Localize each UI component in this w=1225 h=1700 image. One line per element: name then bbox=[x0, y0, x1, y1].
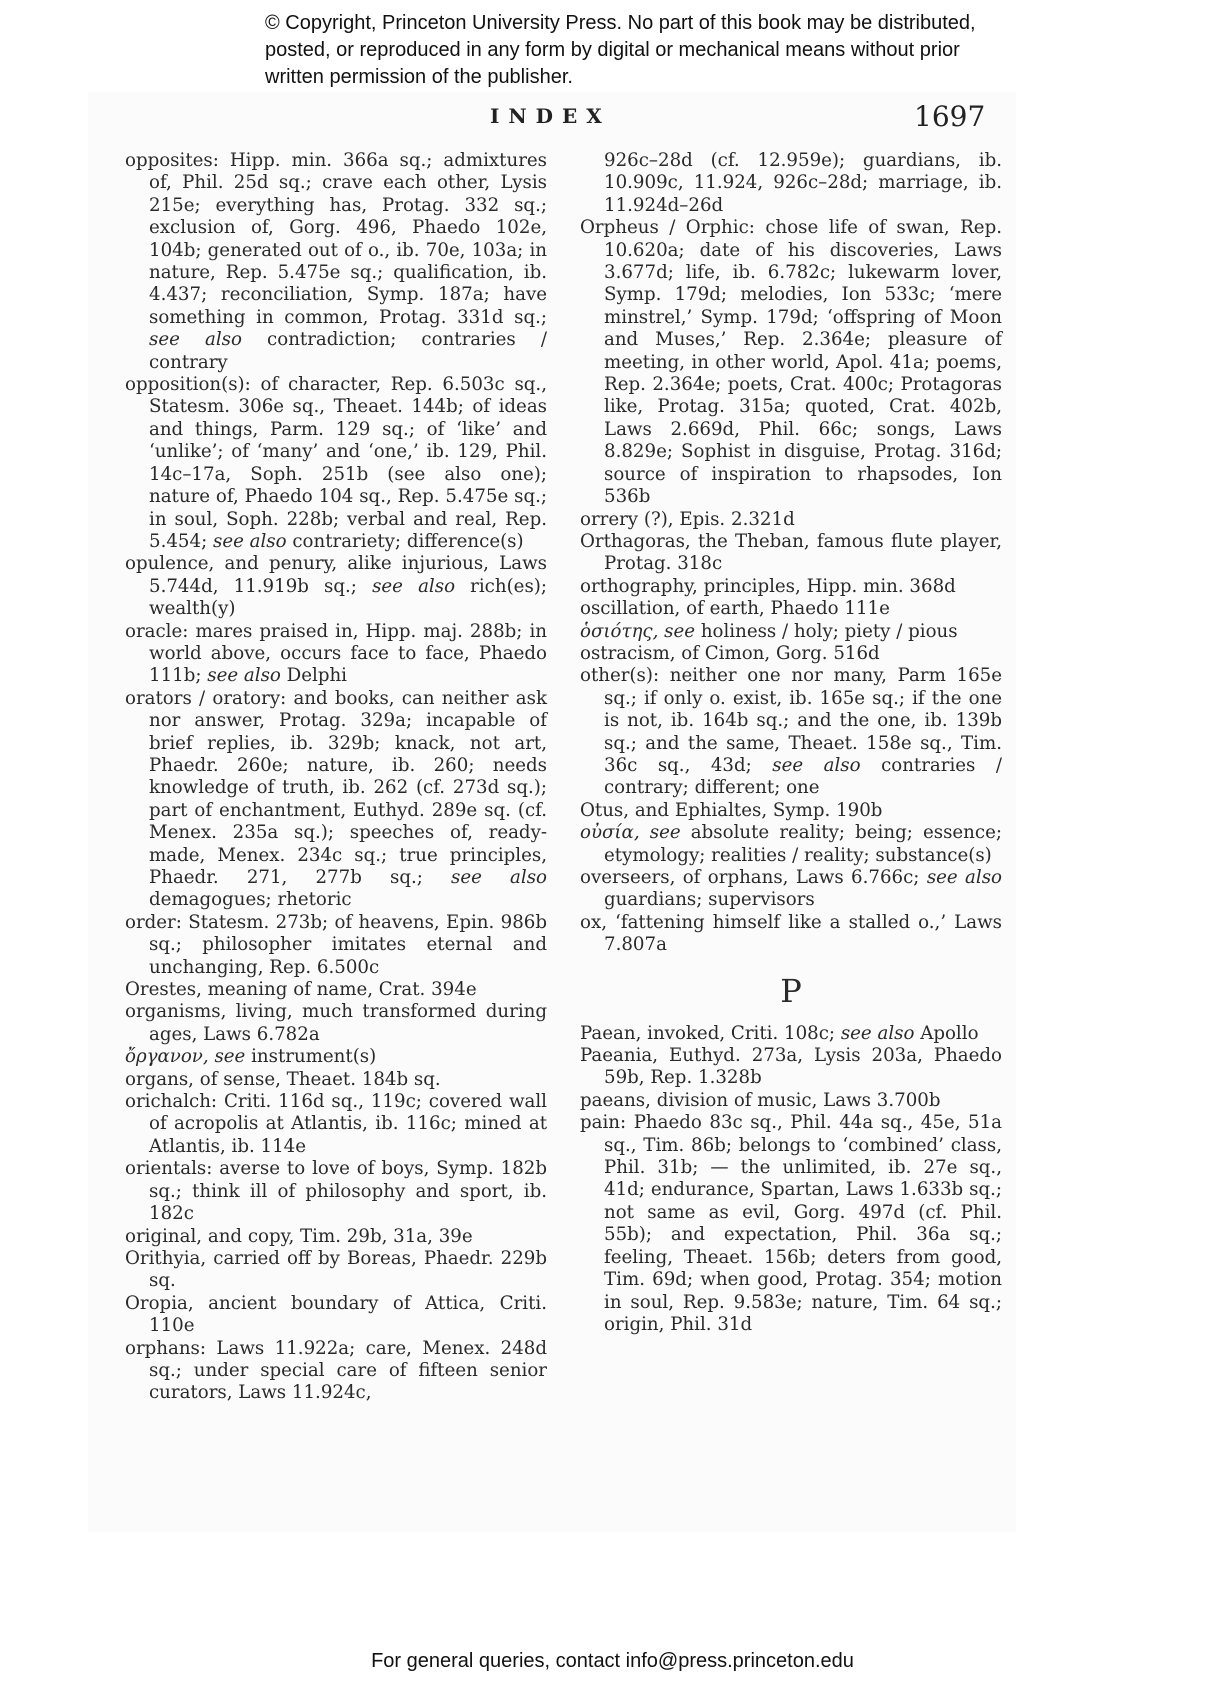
index-entry: order: Statesm. 273b; of heavens, Epin. … bbox=[125, 912, 547, 979]
see-also-label: see also bbox=[772, 755, 860, 776]
cross-reference: holiness / holy; piety / pious bbox=[695, 621, 958, 642]
entry-references: and copy, Tim. 29b, 31a, 39e bbox=[202, 1226, 473, 1247]
entry-headword: pain: bbox=[580, 1112, 626, 1133]
see-also-label: see also bbox=[149, 329, 242, 350]
entry-references: ancient boundary of Attica, Criti. 110e bbox=[149, 1293, 547, 1336]
entry-references: (?), Epis. 2.321d bbox=[638, 509, 795, 530]
index-entry: οὐσία, see absolute reality; being; esse… bbox=[580, 822, 1002, 867]
index-entry: other(s): neither one nor many, Parm 165… bbox=[580, 665, 1002, 799]
entry-references: of character, Rep. 6.503c sq., Statesm. … bbox=[149, 374, 547, 552]
entry-headword: Orthagoras, bbox=[580, 531, 691, 552]
cross-reference: guardians; supervisors bbox=[604, 889, 815, 910]
entry-references: of sense, Theaet. 184b sq. bbox=[194, 1069, 441, 1090]
entry-references: and books, can neither ask nor answer, P… bbox=[149, 688, 547, 888]
entry-headword: Orestes, bbox=[125, 979, 202, 1000]
index-column-left: opposites: Hipp. min. 366a sq.; admixtur… bbox=[125, 150, 547, 1405]
index-entry: ὁσιότης, see holiness / holy; piety / pi… bbox=[580, 621, 1002, 643]
index-entry: ostracism, of Cimon, Gorg. 516d bbox=[580, 643, 1002, 665]
entry-headword: ὁσιότης, bbox=[580, 621, 658, 642]
index-entry: orthography, principles, Hipp. min. 368d bbox=[580, 576, 1002, 598]
entry-headword: opulence, bbox=[125, 553, 214, 574]
entry-headword: Orithyia, bbox=[125, 1248, 206, 1269]
entry-references: and Ephialtes, Symp. 190b bbox=[629, 800, 882, 821]
running-head: INDEX 1697 bbox=[0, 98, 1225, 134]
section-letter: P bbox=[580, 971, 1002, 1011]
index-entry: opulence, and penury, alike injurious, L… bbox=[125, 553, 547, 620]
entry-references: Hipp. min. 366a sq.; admixtures of, Phil… bbox=[149, 150, 547, 328]
entry-headword: original, bbox=[125, 1226, 202, 1247]
page-number: 1697 bbox=[914, 100, 985, 133]
entry-headword: Oropia, bbox=[125, 1293, 194, 1314]
entry-headword: Paeania, bbox=[580, 1045, 658, 1066]
entry-references: of earth, Phaedo 111e bbox=[680, 598, 890, 619]
entry-headword: ὄργανον, bbox=[125, 1046, 209, 1067]
entry-references: of orphans, Laws 6.766c; bbox=[675, 867, 926, 888]
index-entry: pain: Phaedo 83c sq., Phil. 44a sq., 45e… bbox=[580, 1112, 1002, 1336]
entry-references: meaning of name, Crat. 394e bbox=[202, 979, 477, 1000]
index-entry: organisms, living, much transformed duri… bbox=[125, 1001, 547, 1046]
entry-headword: oscillation, bbox=[580, 598, 680, 619]
index-entry: Paean, invoked, Criti. 108c; see also Ap… bbox=[580, 1023, 1002, 1045]
copyright-notice: © Copyright, Princeton University Press.… bbox=[265, 10, 1005, 91]
see-also-label: see also bbox=[213, 531, 287, 552]
see-also-label: see also bbox=[841, 1023, 915, 1044]
entry-headword: Orpheus / Orphic: bbox=[580, 217, 755, 238]
index-entry: orientals: averse to love of boys, Symp.… bbox=[125, 1158, 547, 1225]
entry-headword: opposites: bbox=[125, 150, 219, 171]
entry-headword: orthography, bbox=[580, 576, 698, 597]
continued-entry: 926c–28d (cf. 12.959e); guardians, ib. 1… bbox=[580, 150, 1002, 217]
index-entry: opposition(s): of character, Rep. 6.503c… bbox=[125, 374, 547, 553]
cross-reference: instrument(s) bbox=[245, 1046, 376, 1067]
see-also-label: see also bbox=[451, 867, 547, 888]
entry-headword: other(s): bbox=[580, 665, 659, 686]
entry-references: Laws 11.922a; care, Menex. 248d sq.; und… bbox=[149, 1338, 547, 1404]
entry-headword: orichalch: bbox=[125, 1091, 217, 1112]
see-also-label: see also bbox=[927, 867, 1002, 888]
cross-reference: Delphi bbox=[281, 665, 347, 686]
entry-references: of Cimon, Gorg. 516d bbox=[676, 643, 880, 664]
entry-references: division of music, Laws 3.700b bbox=[651, 1090, 941, 1111]
index-entry: Paeania, Euthyd. 273a, Lysis 203a, Phaed… bbox=[580, 1045, 1002, 1090]
entry-headword: overseers, bbox=[580, 867, 675, 888]
index-entry: orichalch: Criti. 116d sq., 119c; covere… bbox=[125, 1091, 547, 1158]
entry-headword: οὐσία, bbox=[580, 822, 640, 843]
index-entry: paeans, division of music, Laws 3.700b bbox=[580, 1090, 1002, 1112]
entry-references: carried off by Boreas, Phaedr. 229b sq. bbox=[149, 1248, 547, 1291]
entry-headword: ox, bbox=[580, 912, 607, 933]
index-entry: Orithyia, carried off by Boreas, Phaedr.… bbox=[125, 1248, 547, 1293]
index-column-right: 926c–28d (cf. 12.959e); guardians, ib. 1… bbox=[580, 150, 1002, 1336]
entry-headword: ostracism, bbox=[580, 643, 676, 664]
index-entry: oscillation, of earth, Phaedo 111e bbox=[580, 598, 1002, 620]
entry-references: Statesm. 273b; of heavens, Epin. 986b sq… bbox=[149, 912, 547, 978]
entry-headword: orientals: bbox=[125, 1158, 212, 1179]
entry-headword: Otus, bbox=[580, 800, 629, 821]
index-entry: Orpheus / Orphic: chose life of swan, Re… bbox=[580, 217, 1002, 508]
cross-reference: contrariety; difference(s) bbox=[287, 531, 524, 552]
entry-references: invoked, Criti. 108c; bbox=[641, 1023, 840, 1044]
index-entry: Orthagoras, the Theban, famous flute pla… bbox=[580, 531, 1002, 576]
index-entry: orators / oratory: and books, can neithe… bbox=[125, 688, 547, 912]
index-entry: orphans: Laws 11.922a; care, Menex. 248d… bbox=[125, 1338, 547, 1405]
see-also-label: see bbox=[650, 822, 681, 843]
entry-references: Euthyd. 273a, Lysis 203a, Phaedo 59b, Re… bbox=[604, 1045, 1002, 1088]
entry-headword: Paean, bbox=[580, 1023, 641, 1044]
entry-headword: opposition(s): bbox=[125, 374, 251, 395]
index-entry: Otus, and Ephialtes, Symp. 190b bbox=[580, 800, 1002, 822]
index-entry: opposites: Hipp. min. 366a sq.; admixtur… bbox=[125, 150, 547, 374]
entry-headword: orators / oratory: bbox=[125, 688, 286, 709]
index-entry: oracle: mares praised in, Hipp. maj. 288… bbox=[125, 621, 547, 688]
index-entry: original, and copy, Tim. 29b, 31a, 39e bbox=[125, 1226, 547, 1248]
index-entry: orrery (?), Epis. 2.321d bbox=[580, 509, 1002, 531]
running-head-title: INDEX bbox=[490, 104, 611, 128]
entry-references: ‘fattening himself like a stalled o.,’ L… bbox=[604, 912, 1002, 955]
index-entry: Oropia, ancient boundary of Attica, Crit… bbox=[125, 1293, 547, 1338]
entry-references: principles, Hipp. min. 368d bbox=[698, 576, 956, 597]
entry-references bbox=[640, 822, 650, 843]
entry-headword: paeans, bbox=[580, 1090, 651, 1111]
entry-references: Phaedo 83c sq., Phil. 44a sq., 45e, 51a … bbox=[604, 1112, 1002, 1335]
contact-footer: For general queries, contact info@press.… bbox=[0, 1650, 1225, 1673]
index-entry: ox, ‘fattening himself like a stalled o.… bbox=[580, 912, 1002, 957]
see-also-label: see also bbox=[207, 665, 281, 686]
index-entry: Orestes, meaning of name, Crat. 394e bbox=[125, 979, 547, 1001]
see-also-label: see bbox=[664, 621, 695, 642]
entry-headword: order: bbox=[125, 912, 182, 933]
see-also-label: see also bbox=[372, 576, 455, 597]
entry-headword: orphans: bbox=[125, 1338, 206, 1359]
entry-headword: oracle: bbox=[125, 621, 188, 642]
entry-headword: orrery bbox=[580, 509, 638, 530]
index-entry: overseers, of orphans, Laws 6.766c; see … bbox=[580, 867, 1002, 912]
cross-reference: Apollo bbox=[914, 1023, 978, 1044]
index-entry: ὄργανον, see instrument(s) bbox=[125, 1046, 547, 1068]
entry-references: chose life of swan, Rep. 10.620a; date o… bbox=[604, 217, 1002, 507]
cross-reference: demagogues; rhetoric bbox=[149, 889, 352, 910]
see-also-label: see bbox=[214, 1046, 245, 1067]
index-entry: organs, of sense, Theaet. 184b sq. bbox=[125, 1069, 547, 1091]
entry-headword: organs, bbox=[125, 1069, 194, 1090]
entry-headword: organisms, bbox=[125, 1001, 226, 1022]
